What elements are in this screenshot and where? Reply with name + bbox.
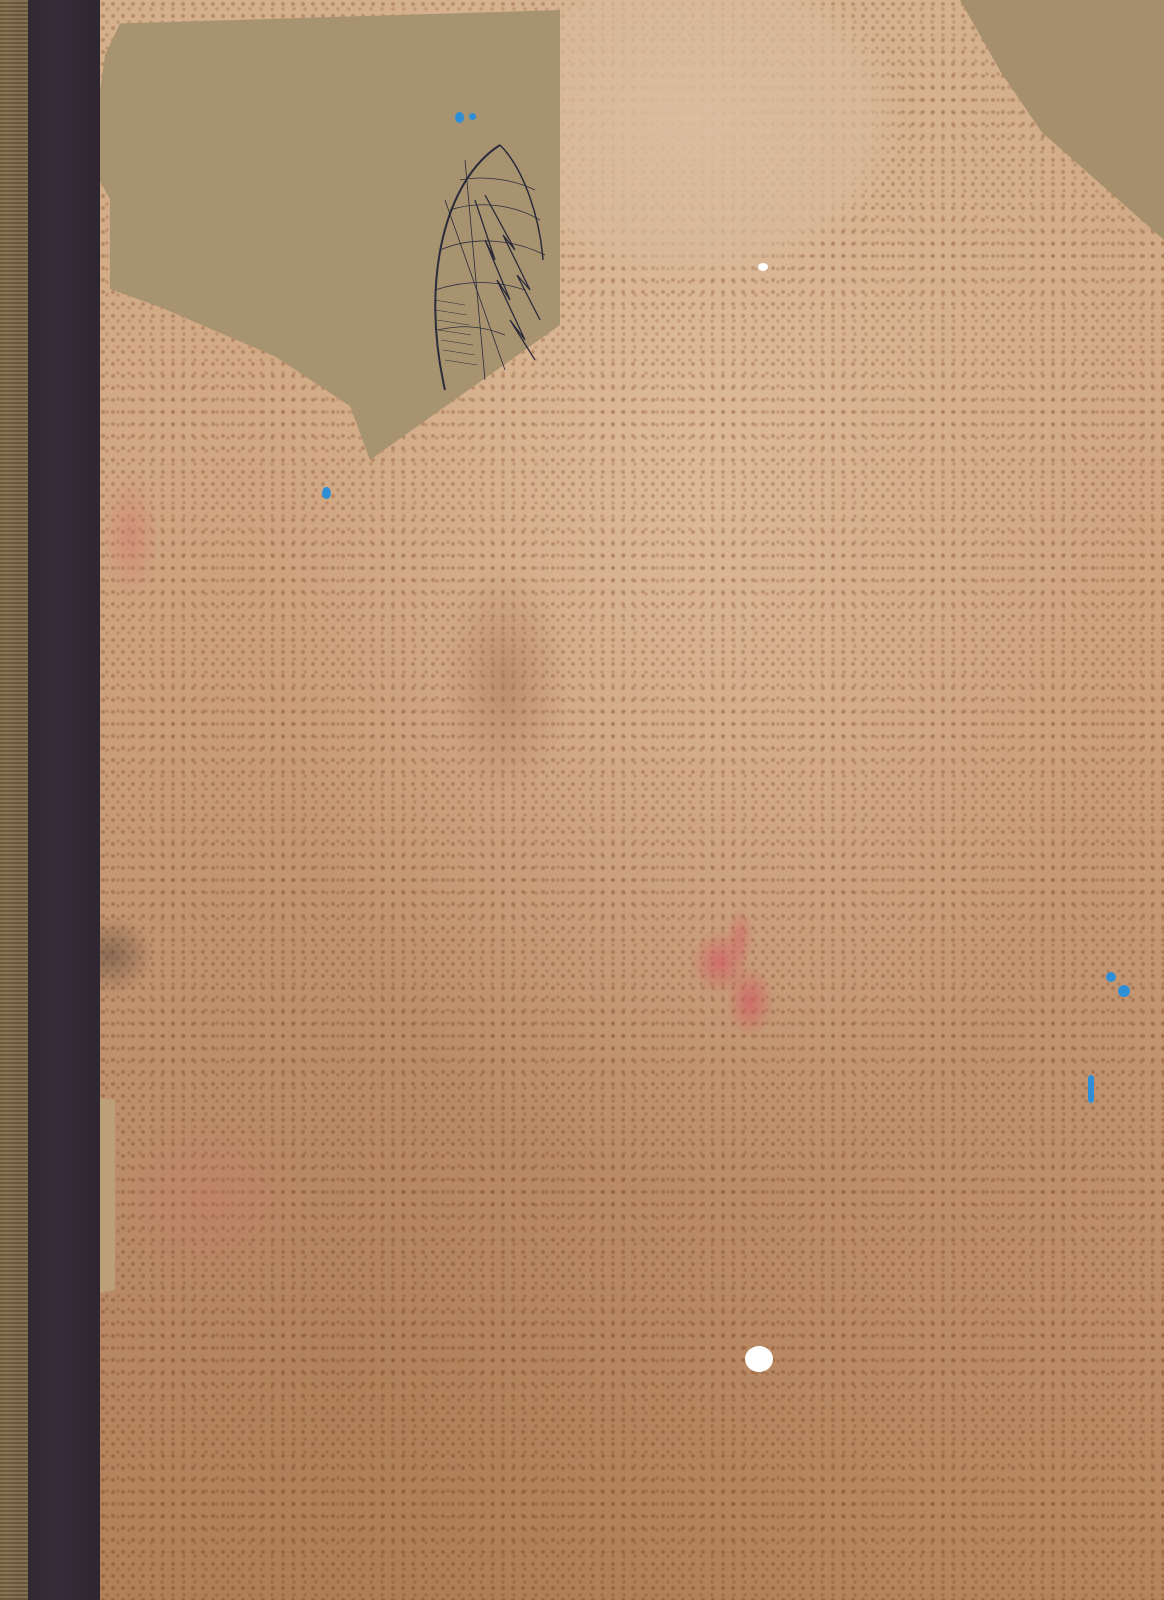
blue-ink-dots-right [1106,972,1116,982]
blue-ink-dots-right [1118,985,1130,997]
blue-ink-dots-top [469,113,476,120]
book-cover [0,0,1164,1600]
white-paint-fleck [758,263,768,271]
pink-stain-left [100,470,160,600]
blue-ink-dots-right [1088,1075,1094,1103]
book-spine [0,0,100,1600]
globe-with-wing-icon [425,140,550,395]
blue-ink-dot-left [322,487,331,499]
pink-stain-lower-left [110,1110,310,1290]
brown-stain-center [440,560,570,800]
red-ink-stain [690,910,790,1040]
white-paint-fleck [745,1346,773,1372]
spine-edge [0,0,28,1600]
blue-ink-dots-top [455,112,464,123]
